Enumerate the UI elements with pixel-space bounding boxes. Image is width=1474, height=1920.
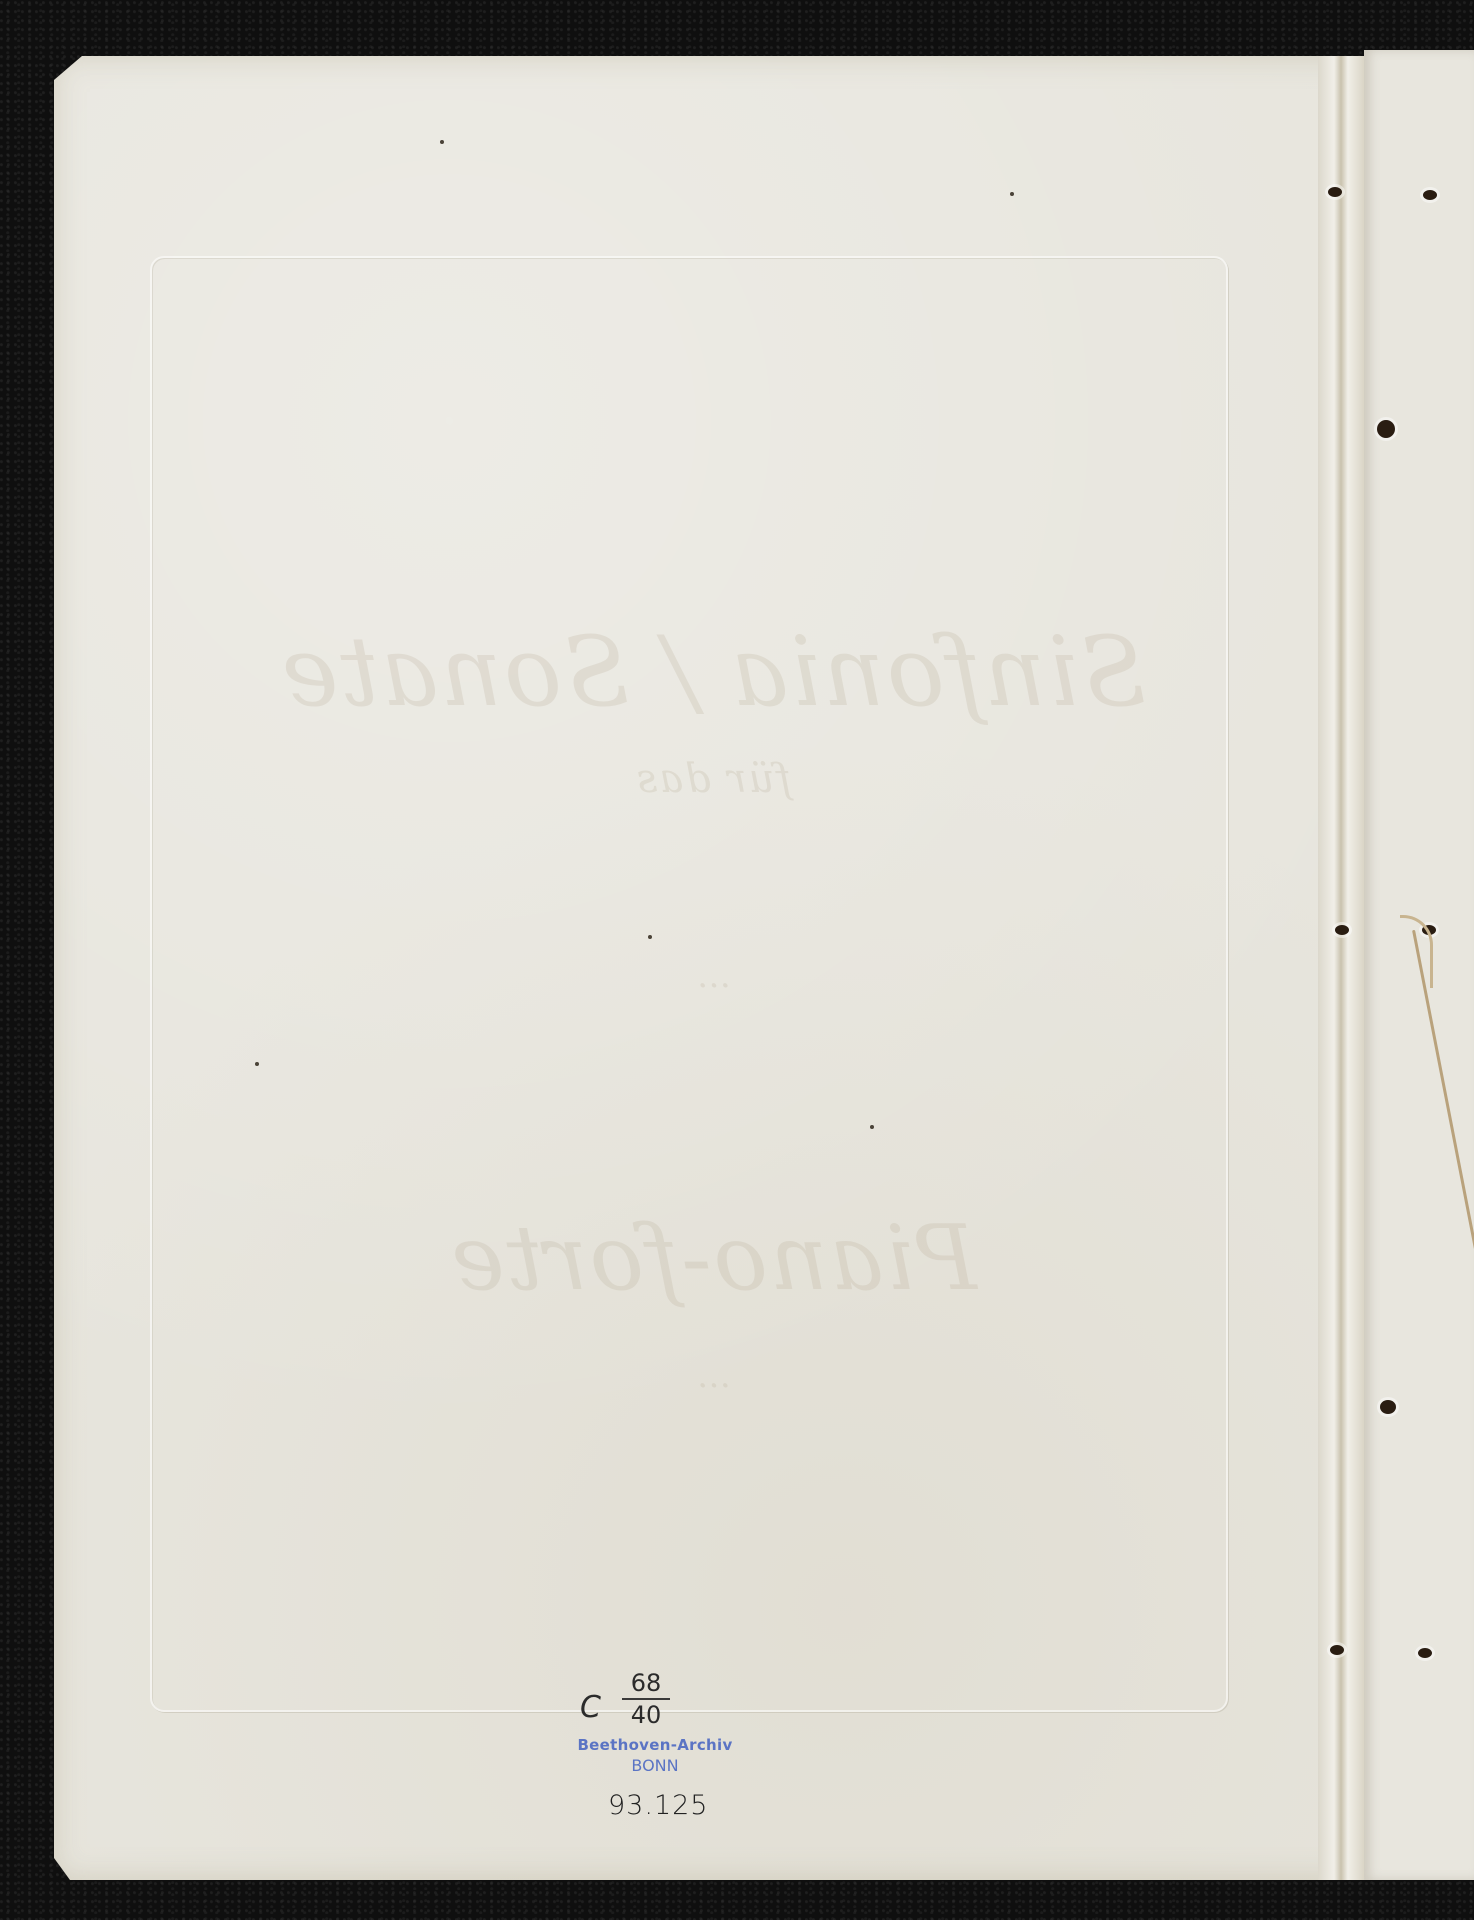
library-stamp: Beethoven-Archiv BONN	[560, 1736, 750, 1775]
fraction-bar	[622, 1698, 670, 1700]
stitch-hole-icon	[1335, 925, 1349, 935]
stitch-hole-icon	[1423, 190, 1437, 200]
shelfmark-numerator: 68	[622, 1670, 670, 1696]
show-through-footer: …	[54, 1356, 1372, 1396]
document-page-verso: Sinfonia / Sonate für das … Piano-forte …	[54, 56, 1372, 1880]
stamp-institution: Beethoven-Archiv	[560, 1736, 750, 1754]
shelfmark-denominator: 40	[622, 1702, 670, 1728]
binding-gutter	[1318, 56, 1364, 1880]
show-through-line: …	[54, 956, 1372, 996]
stitch-hole-icon	[1328, 187, 1342, 197]
stitch-hole-icon	[1377, 420, 1395, 438]
stitch-hole-icon	[1380, 1400, 1396, 1414]
paper-speck	[870, 1125, 874, 1129]
paper-speck	[1010, 192, 1014, 196]
stitch-hole-icon	[1330, 1645, 1344, 1655]
shelfmark-fraction: 68 40	[622, 1670, 670, 1728]
paper-speck	[648, 935, 652, 939]
show-through-title: Sinfonia / Sonate	[54, 616, 1372, 728]
stitch-hole-icon	[1418, 1648, 1432, 1658]
shelfmark-prefix: C	[580, 1690, 601, 1725]
stamp-city: BONN	[560, 1756, 750, 1775]
paper-speck	[255, 1062, 259, 1066]
show-through-instrument: Piano-forte	[54, 1206, 1372, 1311]
show-through-subtitle: für das	[54, 756, 1372, 802]
accession-number: 93.125	[608, 1790, 708, 1821]
paper-speck	[440, 140, 444, 144]
